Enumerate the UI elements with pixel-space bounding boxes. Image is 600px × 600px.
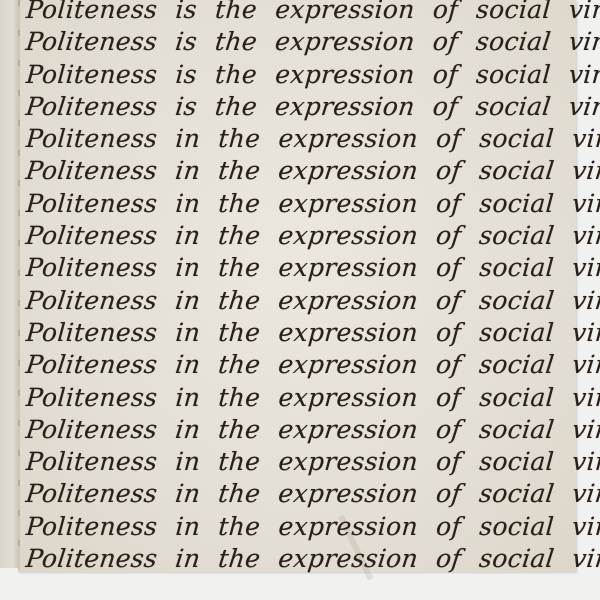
handwritten-line: Politeness in the expression of social v… xyxy=(25,252,567,284)
handwritten-line: Politeness in the expression of social v… xyxy=(24,478,568,510)
handwritten-line: Politeness in the expression of social v… xyxy=(25,188,567,220)
previous-page-edge xyxy=(0,0,18,568)
handwritten-line: Politeness is the expression of social v… xyxy=(25,59,567,91)
handwritten-line: Politeness is the expression of social v… xyxy=(24,91,568,123)
handwritten-lines: Politeness is the expression of social v… xyxy=(26,0,566,575)
handwritten-line: Politeness in the expression of social v… xyxy=(24,220,568,252)
handwritten-line: Politeness in the expression of social v… xyxy=(24,349,568,381)
handwritten-line: Politeness in the expression of social v… xyxy=(25,382,567,414)
handwritten-line: Politeness in the expression of social v… xyxy=(25,317,567,349)
handwritten-line: Politeness is the expression of social v… xyxy=(25,0,567,26)
handwritten-line: Politeness in the expression of social v… xyxy=(24,285,568,317)
handwritten-line: Politeness in the expression of social v… xyxy=(25,511,567,543)
handwritten-line: Politeness in the expression of social v… xyxy=(24,543,568,575)
handwritten-line: Politeness is the expression of social v… xyxy=(24,26,568,58)
handwritten-line: Politeness in the expression of social v… xyxy=(24,155,568,187)
stitched-binding xyxy=(18,0,20,570)
handwritten-line: Politeness in the expression of social v… xyxy=(24,414,568,446)
handwritten-line: Politeness in the expression of social v… xyxy=(25,446,567,478)
handwritten-line: Politeness in the expression of social v… xyxy=(25,123,567,155)
